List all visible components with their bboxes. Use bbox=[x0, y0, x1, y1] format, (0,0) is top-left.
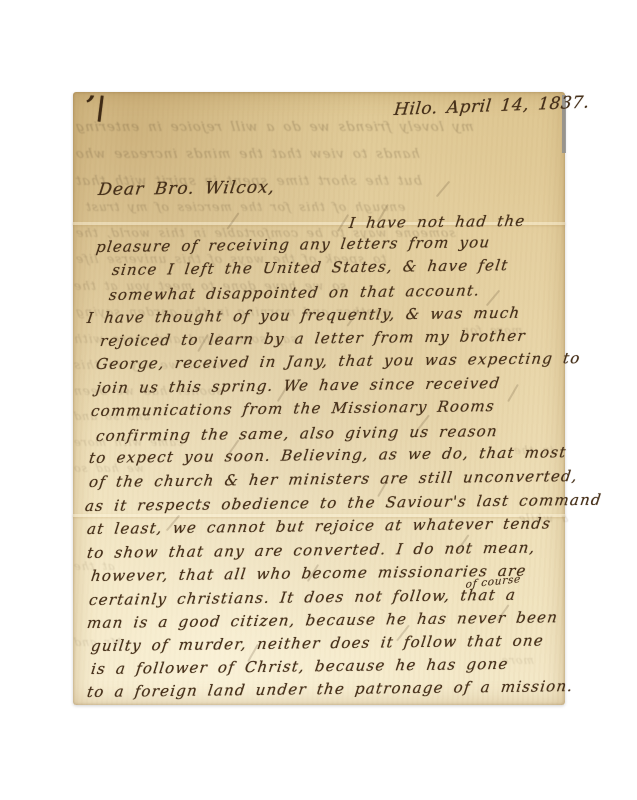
letter-line: rejoiced to learn by a letter from my br… bbox=[99, 327, 527, 350]
letter-line: somewhat disappointed on that account. bbox=[108, 281, 481, 304]
letter-line: pleasure of receiving any letters from y… bbox=[95, 233, 492, 256]
ink-mark: ’| bbox=[83, 91, 109, 124]
letter-line: to show that any are converted. I do not… bbox=[86, 539, 537, 562]
letter-line: since I left the United States, & have f… bbox=[111, 256, 510, 279]
bleed-through-stroke bbox=[507, 384, 519, 402]
letter-line: of the church & her ministers are still … bbox=[88, 467, 579, 491]
letter-line: certainly christians. It does not follow… bbox=[88, 586, 517, 609]
dateline: Hilo. April 14, 1837. bbox=[393, 93, 591, 120]
letter-line: join us this spring. We have since recei… bbox=[95, 374, 501, 397]
bleed-through-stroke bbox=[436, 181, 450, 198]
bleed-through-line: enough of this for the mercies of my tru… bbox=[84, 200, 406, 214]
salutation: Dear Bro. Wilcox, bbox=[97, 178, 276, 200]
letter-line: to expect you soon. Believing, as we do,… bbox=[88, 443, 568, 467]
letter-line: communications from the Missionary Rooms bbox=[90, 397, 496, 420]
letter-line: man is a good citizen, because he has ne… bbox=[86, 608, 559, 632]
bleed-through-line: hands to view that the minds increase wh… bbox=[74, 147, 421, 162]
letter-line: confirming the same, also giving us reas… bbox=[95, 422, 499, 445]
letter-line: I have thought of you frequently, & was … bbox=[86, 304, 522, 327]
letter-line: to a foreign land under the patronage of… bbox=[86, 677, 575, 701]
bleed-through-stroke bbox=[226, 212, 239, 230]
bleed-through-line: my lovely friends we do a will rejoice i… bbox=[74, 120, 475, 135]
letter-page: my lovely friends we do a will rejoice i… bbox=[73, 92, 565, 705]
letter-line: George, received in Jany, that you was e… bbox=[95, 349, 582, 373]
letter-line: I have not had the bbox=[348, 212, 527, 232]
letter-line: guilty of murder, neither does it follow… bbox=[90, 631, 545, 655]
letter-line: however, that all who become missionarie… bbox=[90, 562, 528, 585]
letter-line: is a follower of Christ, because he has … bbox=[90, 655, 510, 678]
letter-line: as it respects obedience to the Saviour'… bbox=[84, 491, 603, 515]
letter-line: at least, we cannot but rejoice at whate… bbox=[86, 514, 552, 538]
